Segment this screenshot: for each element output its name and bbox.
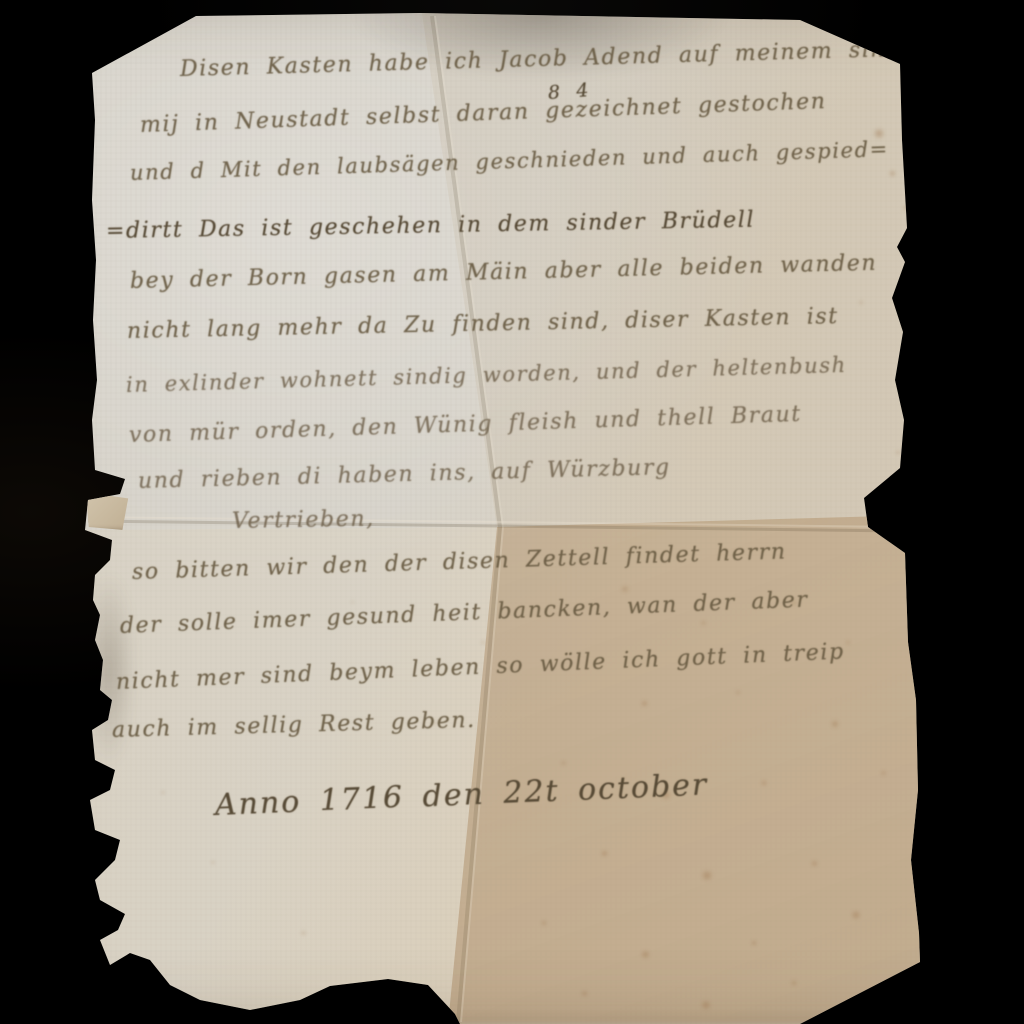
letter-paper: Disen Kasten habe ich Jacob Adend auf me…: [0, 0, 1024, 1024]
handwritten-line: Vertrieben,: [232, 507, 375, 534]
photo-background: Disen Kasten habe ich Jacob Adend auf me…: [0, 0, 1024, 1024]
